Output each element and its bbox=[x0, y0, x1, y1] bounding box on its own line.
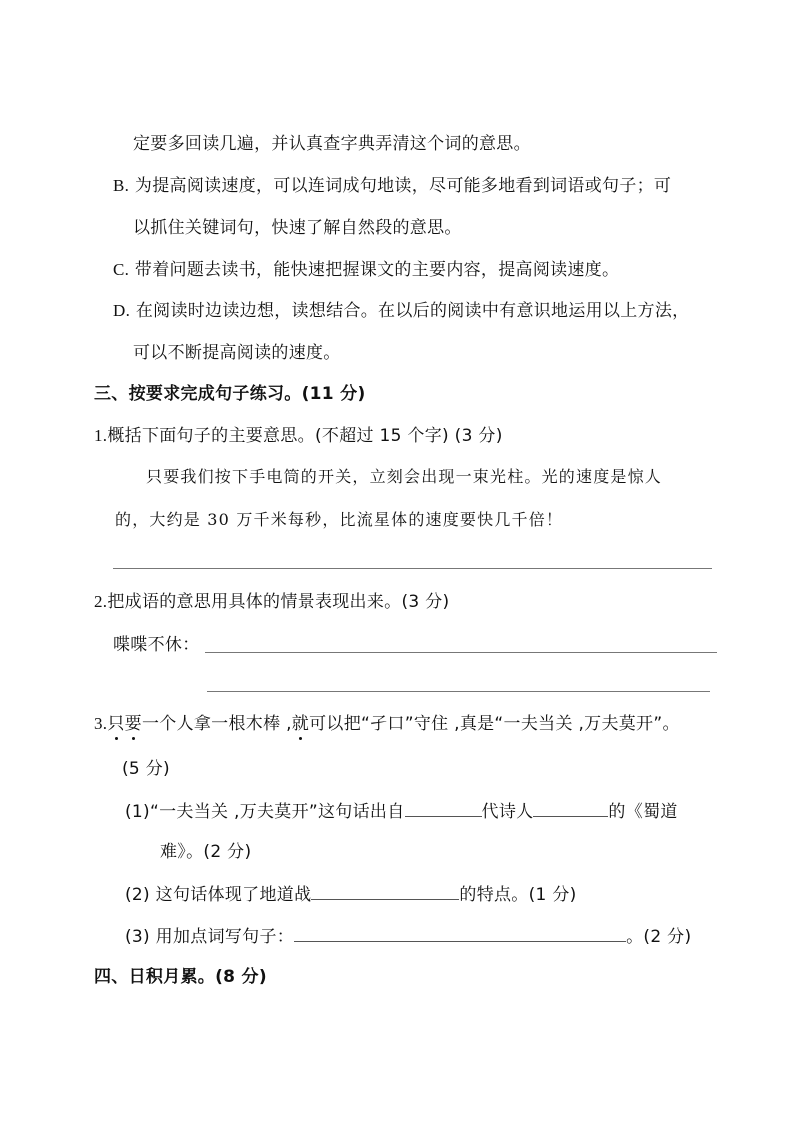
q3-label: 3. bbox=[94, 714, 107, 733]
q2-answer-line2[interactable] bbox=[207, 691, 710, 692]
q1-prompt-line: 1.概括下面句子的主要意思。(不超过 15 个字) (3 分) bbox=[94, 425, 503, 447]
q3-sub2-blank[interactable] bbox=[311, 883, 459, 900]
q3-sub1-text1: (1)“一夫当关 ,万夫莫开”这句话出自 bbox=[125, 802, 405, 822]
q3-sub2: (2) 这句话体现了地道战的特点。(1 分) bbox=[125, 883, 577, 906]
section4-heading: 四、日积月累。(8 分) bbox=[94, 966, 267, 988]
option-d-line1: D. 在阅读时边读边想，读想结合。在以后的阅读中有意识地运用以上方法， bbox=[113, 300, 689, 322]
emphasis-dot-yao: 要 bbox=[125, 713, 142, 735]
option-b-line1: B. 为提高阅读速度，可以连词成句地读，尽可能多地看到词语或句子；可 bbox=[113, 175, 671, 197]
q3-sub2-text2: 的特点。(1 分) bbox=[459, 885, 576, 905]
q3-points: (5 分) bbox=[122, 758, 170, 780]
option-d-label: D. bbox=[113, 301, 130, 320]
option-c-text: 带着问题去读书，能快速把握课文的主要内容，提高阅读速度。 bbox=[135, 260, 619, 280]
q3-sub1-line1: (1)“一夫当关 ,万夫莫开”这句话出自代诗人的《蜀道 bbox=[125, 800, 678, 823]
q3-sub1-line2: 难》。(2 分) bbox=[160, 841, 251, 863]
q1-answer-line[interactable] bbox=[113, 568, 712, 569]
q1-prompt: 概括下面句子的主要意思。(不超过 15 个字) (3 分) bbox=[107, 426, 502, 446]
emphasis-dot-zhi: 只 bbox=[107, 713, 124, 735]
q1-label: 1. bbox=[94, 426, 107, 445]
option-b-label: B. bbox=[113, 176, 129, 195]
q3-sub1-text2: 代诗人 bbox=[482, 802, 534, 822]
q2-label: 2. bbox=[94, 592, 107, 611]
option-a-continuation: 定要多回读几遍，并认真查字典弄清这个词的意思。 bbox=[133, 133, 531, 155]
option-c-label: C. bbox=[113, 260, 129, 279]
q3-sub3-text1: (3) 用加点词写句子： bbox=[125, 927, 294, 947]
q3-sub1-blank-dynasty[interactable] bbox=[405, 800, 482, 817]
q2-idiom-label: 喋喋不休： bbox=[113, 634, 200, 656]
q3-sub3: (3) 用加点词写句子：。(2 分) bbox=[125, 925, 691, 948]
q2-prompt: 把成语的意思用具体的情景表现出来。(3 分) bbox=[107, 592, 449, 612]
option-b-text: 为提高阅读速度，可以连词成句地读，尽可能多地看到词语或句子；可 bbox=[135, 176, 671, 196]
option-d-text: 在阅读时边读边想，读想结合。在以后的阅读中有意识地运用以上方法， bbox=[136, 301, 690, 321]
q3-sub2-text1: (2) 这句话体现了地道战 bbox=[125, 885, 311, 905]
q3-sub1-blank-poet[interactable] bbox=[533, 800, 608, 817]
option-c: C. 带着问题去读书，能快速把握课文的主要内容，提高阅读速度。 bbox=[113, 259, 619, 281]
option-d-line2: 可以不断提高阅读的速度。 bbox=[133, 342, 341, 364]
q3-sentence-mid: 一个人拿一根木棒 , bbox=[142, 714, 292, 734]
option-b-line2: 以抓住关键词句，快速了解自然段的意思。 bbox=[133, 217, 462, 239]
q2-prompt-line: 2.把成语的意思用具体的情景表现出来。(3 分) bbox=[94, 591, 449, 613]
q3-sentence: 3.只要一个人拿一根木棒 ,就可以把“孑口”守住 ,真是“一夫当关 ,万夫莫开”… bbox=[94, 713, 680, 735]
q1-passage-line1: 只要我们按下手电筒的开关，立刻会出现一束光柱。光的速度是惊人 bbox=[146, 466, 662, 488]
emphasis-dot-jiu: 就 bbox=[292, 713, 309, 735]
q2-answer-line1[interactable] bbox=[205, 652, 717, 653]
q3-sub3-text2: 。(2 分) bbox=[626, 927, 691, 947]
section3-heading: 三、按要求完成句子练习。(11 分) bbox=[94, 383, 366, 405]
q3-sentence-end: 可以把“孑口”守住 ,真是“一夫当关 ,万夫莫开”。 bbox=[309, 714, 680, 734]
q3-sub1-text3: 的《蜀道 bbox=[608, 802, 677, 822]
q1-passage-line2: 的，大约是 30 万千米每秒，比流星体的速度要快几千倍！ bbox=[115, 509, 563, 531]
q3-sub3-blank[interactable] bbox=[294, 925, 626, 942]
